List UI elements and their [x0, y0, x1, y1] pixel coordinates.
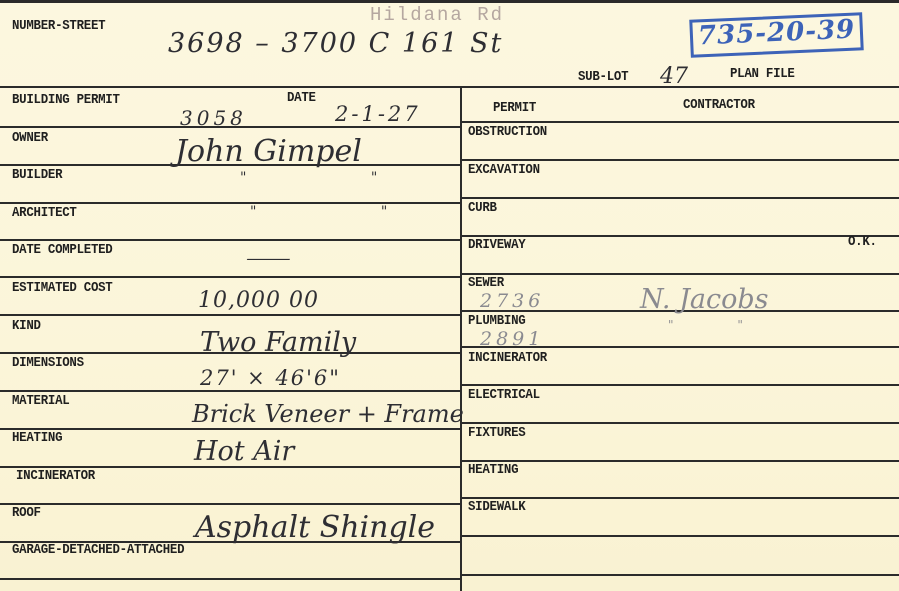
ruled-line-left [0, 314, 460, 316]
street-name-stamp: Hildana Rd [370, 4, 504, 26]
permit-label-obstruction: OBSTRUCTION [468, 125, 547, 140]
field-value-material: Brick Veneer + Frame [192, 400, 464, 428]
ruled-line-left [0, 390, 460, 392]
date-label: DATE [287, 91, 316, 106]
field-value-building-permit: 3058 [180, 106, 247, 130]
ruled-line-left [0, 239, 460, 241]
note-driveway: O.K. [848, 235, 877, 250]
permit-column-header: PERMIT [493, 101, 536, 116]
ruled-line-right [460, 86, 899, 88]
ruled-line-right [460, 574, 899, 576]
ruled-line-right [460, 235, 899, 237]
ruled-line-left [0, 86, 460, 88]
permit-label-plumbing: PLUMBING [468, 314, 525, 329]
sub-lot-label: SUB-LOT [578, 70, 628, 85]
permit-label-driveway: DRIVEWAY [468, 238, 525, 253]
card-top-edge [0, 0, 899, 3]
ruled-line-right [460, 159, 899, 161]
ruled-line-right [460, 422, 899, 424]
building-permit-card: Hildana Rd 735-20-39 NUMBER-STREET 3698 … [0, 0, 899, 591]
ruled-line-left [0, 503, 460, 505]
contractor-sewer: N. Jacobs [640, 284, 769, 315]
field-value-date-completed: — [245, 248, 292, 269]
number-street-label: NUMBER-STREET [12, 19, 105, 34]
date-value: 2-1-27 [335, 102, 421, 126]
ruled-line-right [460, 384, 899, 386]
field-value-heating: Hot Air [194, 436, 294, 467]
permit-number-plumbing: 2891 [480, 328, 544, 350]
permit-label-heating: HEATING [468, 463, 518, 478]
plan-file-label: PLAN FILE [730, 67, 795, 82]
field-value-estimated-cost: 10,000 00 [198, 288, 319, 313]
field-label-builder: BUILDER [12, 168, 62, 183]
number-street-value: 3698 – 3700 C 161 St [168, 28, 503, 59]
ruled-line-right [460, 535, 899, 537]
column-divider [460, 86, 462, 591]
permit-label-sidewalk: SIDEWALK [468, 500, 525, 515]
permit-label-electrical: ELECTRICAL [468, 388, 540, 403]
ruled-line-left [0, 428, 460, 430]
permit-number-sewer: 2736 [480, 290, 544, 312]
permit-label-curb: CURB [468, 201, 497, 216]
field-label-building-permit: BUILDING PERMIT [12, 93, 120, 108]
field-value-kind: Two Family [200, 327, 356, 358]
field-label-roof: ROOF [12, 506, 41, 521]
ruled-line-right [460, 460, 899, 462]
ruled-line-right [460, 121, 899, 123]
field-label-material: MATERIAL [12, 394, 69, 409]
ruled-line-right [460, 497, 899, 499]
permit-label-fixtures: FIXTURES [468, 426, 525, 441]
field-label-garage-detached-attached: GARAGE-DETACHED-ATTACHED [12, 543, 184, 558]
permit-label-sewer: SEWER [468, 276, 504, 291]
field-value-roof: Asphalt Shingle [195, 510, 435, 545]
permit-label-incinerator: INCINERATOR [468, 351, 547, 366]
field-label-heating: HEATING [12, 431, 62, 446]
ruled-line-right [460, 197, 899, 199]
ruled-line-left [0, 276, 460, 278]
field-label-estimated-cost: ESTIMATED COST [12, 281, 112, 296]
contractor-plumbing: " " [668, 318, 773, 332]
field-value-owner: John Gimpel [175, 134, 362, 169]
field-value-dimensions: 27' × 46'6" [200, 366, 341, 390]
contractor-column-header: CONTRACTOR [683, 98, 755, 113]
field-label-kind: KIND [12, 319, 41, 334]
field-label-incinerator: INCINERATOR [16, 469, 95, 484]
ruled-line-left [0, 578, 460, 580]
field-value-builder: " " [240, 170, 437, 186]
field-label-owner: OWNER [12, 131, 48, 146]
field-label-architect: ARCHITECT [12, 206, 77, 221]
field-label-dimensions: DIMENSIONS [12, 356, 84, 371]
field-label-date-completed: DATE COMPLETED [12, 243, 112, 258]
permit-label-excavation: EXCAVATION [468, 163, 540, 178]
ruled-line-right [460, 273, 899, 275]
field-value-architect: " " [250, 204, 447, 220]
